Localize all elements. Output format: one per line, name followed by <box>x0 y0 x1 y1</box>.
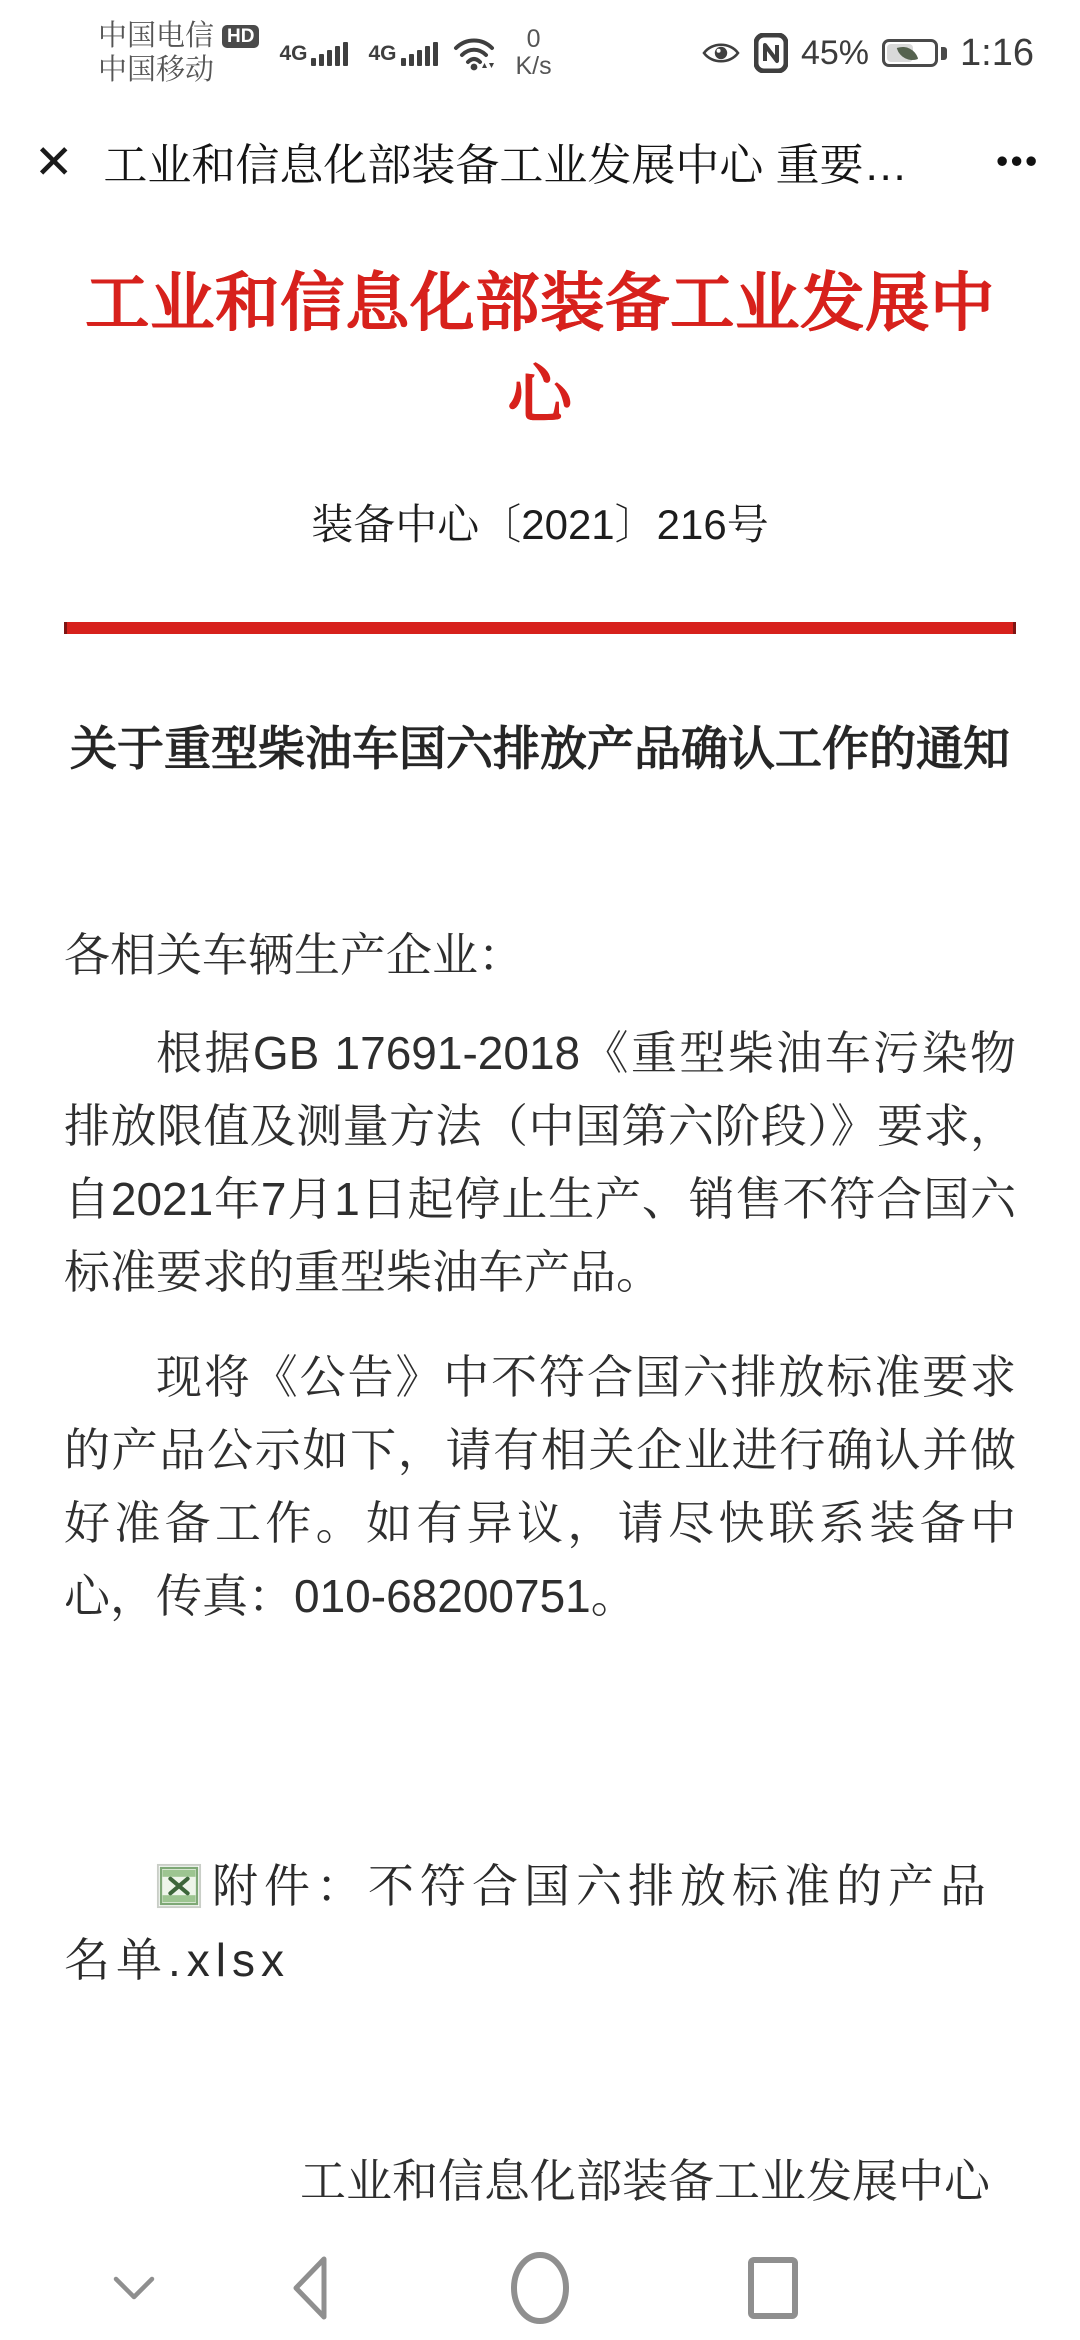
clock-label: 1:16 <box>960 32 1034 75</box>
attachment-label: 附件： <box>212 1860 368 1912</box>
carrier-primary-label: 中国电信 <box>98 19 214 53</box>
speed-unit: K/s <box>516 53 552 80</box>
nfc-icon <box>754 33 788 73</box>
android-navigation-bar <box>0 2236 1080 2340</box>
status-bar: 中国电信 HD 中国移动 4G 4G 0 <box>0 0 1080 96</box>
eye-comfort-icon <box>701 39 741 67</box>
signal-strength-icon-sim1: 4G <box>279 40 348 66</box>
network-speed-indicator: 0 K/s <box>516 26 552 80</box>
network-type-sim2: 4G <box>368 42 396 66</box>
red-divider-line <box>64 622 1016 634</box>
paragraph-1: 根据GB 17691-2018《重型柴油车污染物排放限值及测量方法（中国第六阶段… <box>64 1017 1016 1309</box>
attachment-filename[interactable]: 不符合国六排放标准的产品名单.xlsx <box>64 1860 992 1986</box>
signal-strength-icon-sim2: 4G <box>368 40 437 66</box>
page-title: 工业和信息化部装备工业发展中心 重要… <box>103 129 996 193</box>
home-button-icon[interactable] <box>508 2249 572 2327</box>
salutation-line: 各相关车辆生产企业： <box>64 919 1016 985</box>
page-header: ✕ 工业和信息化部装备工业发展中心 重要… ••• <box>0 96 1080 226</box>
wifi-icon <box>452 34 496 72</box>
recents-button-icon[interactable] <box>744 2253 802 2323</box>
document-body: 工业和信息化部装备工业发展中心 装备中心〔2021〕216号 关于重型柴油车国六… <box>0 252 1080 2333</box>
document-number: 装备中心〔2021〕216号 <box>64 492 1016 552</box>
excel-file-icon <box>156 1863 202 1909</box>
paragraph-2: 现将《公告》中不符合国六排放标准要求的产品公示如下，请有相关企业进行确认并做好准… <box>64 1341 1016 1633</box>
carrier-secondary-label: 中国移动 <box>98 53 214 87</box>
speed-value: 0 <box>527 26 541 53</box>
attachment-link[interactable]: 附件：不符合国六排放标准的产品名单.xlsx <box>64 1849 1016 1997</box>
hd-volte-badge: HD <box>222 25 259 48</box>
battery-percent-label: 45% <box>801 34 869 73</box>
battery-icon <box>882 39 947 67</box>
network-type-sim1: 4G <box>279 42 307 66</box>
hide-navbar-chevron-down-icon[interactable] <box>108 2273 160 2303</box>
signature-org: 工业和信息化部装备工业发展中心 <box>64 2145 1016 2211</box>
close-icon[interactable]: ✕ <box>34 138 73 185</box>
document-org-title: 工业和信息化部装备工业发展中心 <box>64 252 1016 436</box>
more-menu-icon[interactable]: ••• <box>996 142 1040 180</box>
back-button-icon[interactable] <box>286 2253 338 2323</box>
notice-title: 关于重型柴油车国六排放产品确认工作的通知 <box>64 712 1016 779</box>
